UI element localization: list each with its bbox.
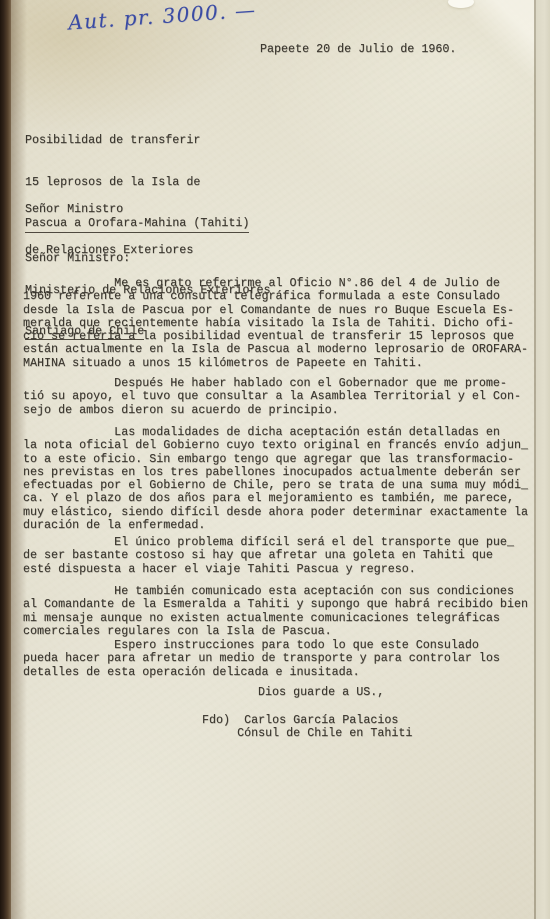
signature-block: Fdo) Carlos García Palacios Cónsul de Ch… bbox=[202, 714, 412, 741]
adjacent-page-edge bbox=[536, 0, 550, 919]
closing-line: Dios guarde a US., bbox=[258, 686, 384, 699]
paragraph-1: Me es grato referirme al Oficio N°.86 de… bbox=[23, 277, 528, 370]
paragraph-4: El único problema difícil será el del tr… bbox=[23, 536, 514, 576]
subject-line-1: Posibilidad de transferir bbox=[25, 134, 249, 148]
paragraph-6: Espero instrucciones para todo lo que es… bbox=[23, 639, 500, 679]
paragraph-2: Después He haber hablado con el Gobernad… bbox=[23, 377, 521, 417]
paper-right-edge bbox=[534, 0, 536, 919]
paragraph-3: Las modalidades de dicha aceptación está… bbox=[23, 426, 528, 532]
paragraph-5: He también comunicado esta aceptación co… bbox=[23, 585, 528, 638]
scanned-letter-page: Aut. pr. 3000. — Papeete 20 de Julio de … bbox=[0, 0, 550, 919]
date-line: Papeete 20 de Julio de 1960. bbox=[260, 43, 456, 56]
salutation: Señor Ministro: bbox=[25, 252, 130, 265]
recipient-line-1: Señor Ministro bbox=[25, 203, 270, 217]
binding-edge bbox=[0, 0, 11, 919]
corner-fold bbox=[470, 0, 536, 80]
